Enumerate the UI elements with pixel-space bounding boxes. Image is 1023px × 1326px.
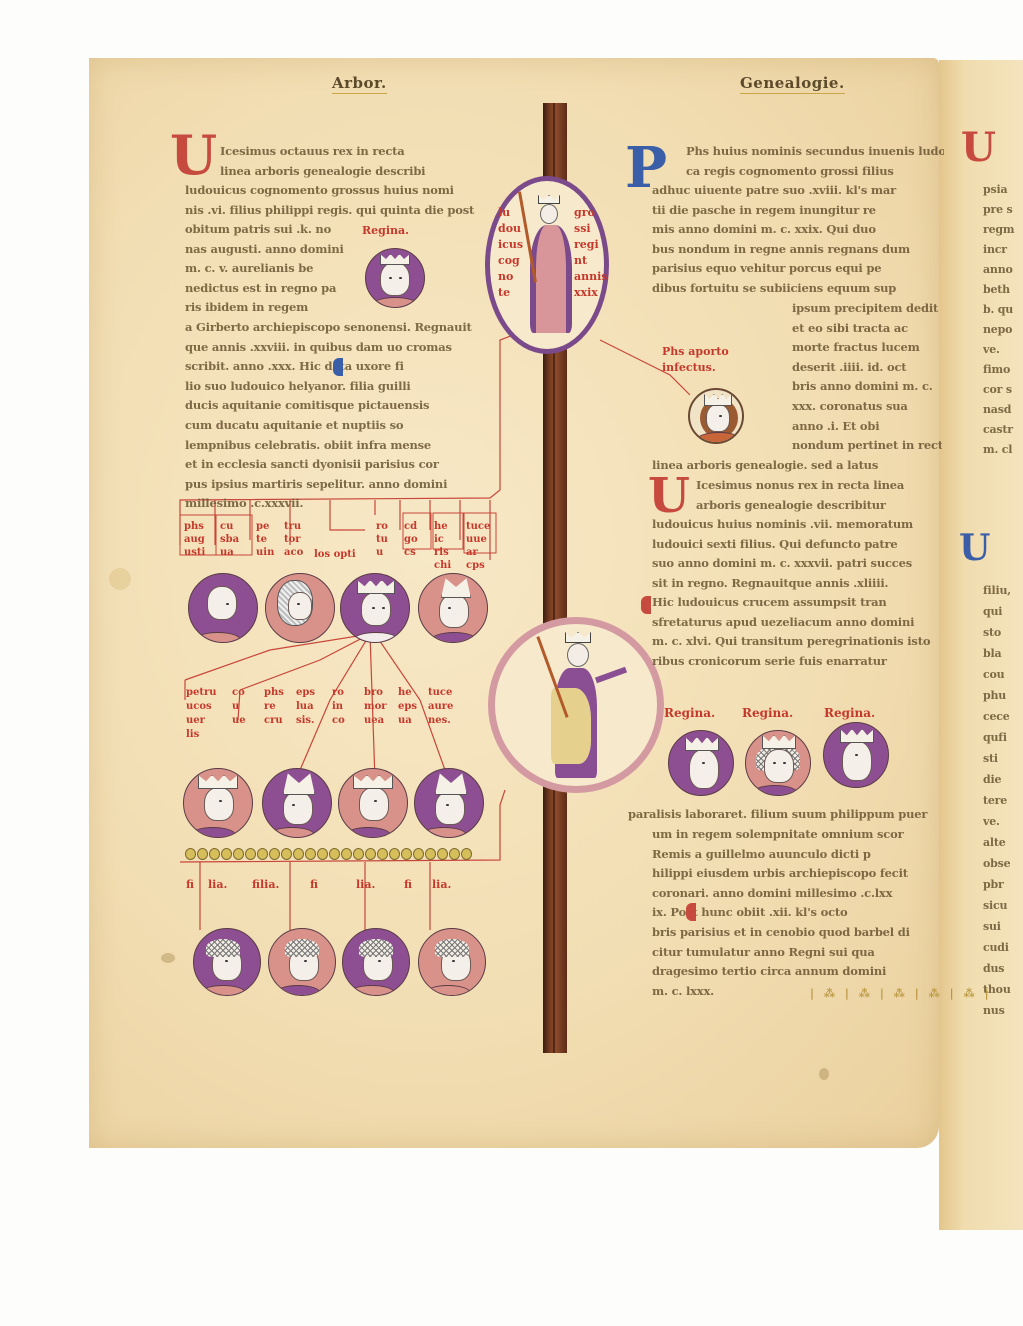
initial-u-left: U [170,128,217,182]
facing-page-text: psia pre s regm incr anno beth b. qu nep… [983,180,1023,460]
right-column-text-block1-top: Phs huius nominis secundus inuenis ludou… [686,142,944,181]
right-column-text-block2-top: Icesimus nonus rex in recta linea arbori… [696,476,944,515]
line-filler-ornament: | ⁂ | ⁂ | ⁂ | ⁂ | ⁂ | [810,987,992,1000]
stain [109,568,131,590]
medallion-queen-3 [823,722,889,788]
right-column-text-block1-end: linea arboris genealogie. sed a latus [652,456,944,476]
crown-icon [353,775,393,789]
medallion-grandson-3-crowned [338,768,408,838]
king-face [540,204,558,224]
crown-icon [840,729,874,743]
facing-page-initial-blue: U [959,530,990,566]
stain [819,1068,829,1080]
medallion-daughter-4 [418,928,486,996]
right-column-text-block1: adhuc uiuente patre suo .xviii. kl's mar… [652,181,944,299]
mitre-icon [435,771,467,795]
roundel-louis-vii [488,617,664,793]
king-face [567,643,589,667]
facing-page-initial-u: U [961,128,996,168]
paragraph-mark-blue [333,358,343,376]
facing-page-text-lower: filiu,quistoblacouphucecequfistidieterev… [983,580,1023,1080]
roundel-left-inscription: lu dou icus cog no te [498,205,523,301]
medallion-daughter-2 [268,928,336,996]
right-column-text-block3: paralisis laboraret. filium suum philipp… [628,805,944,825]
medallion-son-1 [188,573,258,643]
crown-icon [380,254,410,265]
stain [161,953,175,963]
medallion-son-3-crowned [340,573,410,643]
left-column-text-top: Icesimus octauus rex in recta linea arbo… [220,142,490,181]
paragraph-mark-red [641,596,651,614]
left-column-text-lower: a Girberto archiepiscopo senonensi. Regn… [185,318,495,514]
crown-icon [704,394,732,406]
king-arm [595,667,627,684]
running-header-right: Genealogie. [740,74,845,94]
crown-icon [565,632,591,643]
rubric-philip-apro-infectus: Phs aporto infectus. [662,344,772,376]
facing-page-edge: U psia pre s regm incr anno beth b. qu n… [939,60,1023,1230]
initial-u-right: U [648,472,690,520]
hairnet-icon [435,939,469,957]
hairnet-icon [206,939,240,957]
crown-icon [198,775,238,789]
crown-icon [685,737,719,751]
medallion-queen-left [365,248,425,308]
right-column-text-block2-lower: Hic ludouicus crucem assumpsit tran sfre… [652,593,944,671]
roundel-louis-vi: lu dou icus cog no te gro ssi regi nt an… [485,176,609,354]
medallion-queen-1 [668,730,734,796]
medallion-grandson-4-bishop [414,768,484,838]
king-figure-upper [528,195,572,335]
mitre-icon [441,576,471,598]
medallion-grandson-1-crowned [183,768,253,838]
hairnet-icon [359,939,393,957]
running-header-left: Arbor. [332,74,387,94]
medallion-philip [688,388,744,444]
medallion-daughter-3 [342,928,410,996]
medallion-son-2-knight [265,573,335,643]
king-mantle [551,688,591,764]
medallion-daughter-1 [193,928,261,996]
paragraph-mark-red [686,903,696,921]
right-column-text-block2: ludouicus huius nominis .vii. memoratum … [652,515,944,593]
medallion-son-4-bishop [418,573,488,643]
left-column-text-beside-regina: obitum patris sui .k. no nas augusti. an… [185,220,355,318]
right-column-text-beside-philip: ipsum precipitem dedit et eo sibi tracta… [792,299,942,456]
king-figure-lower [545,632,625,782]
left-column-text-mid: ludouicus cognomento grossus huius nomi … [185,181,490,220]
hairnet-icon [285,939,319,957]
mitre-icon [283,771,315,795]
crown-icon [762,735,796,749]
crown-icon [357,580,395,594]
decorative-bead-line [185,848,472,862]
crown-icon [538,195,560,204]
rubric-regina-left: Regina. [362,224,409,237]
medallion-grandson-2-bishop [262,768,332,838]
roundel-right-inscription: gro ssi regi nt annis xxix [574,205,608,301]
medallion-queen-2 [745,730,811,796]
